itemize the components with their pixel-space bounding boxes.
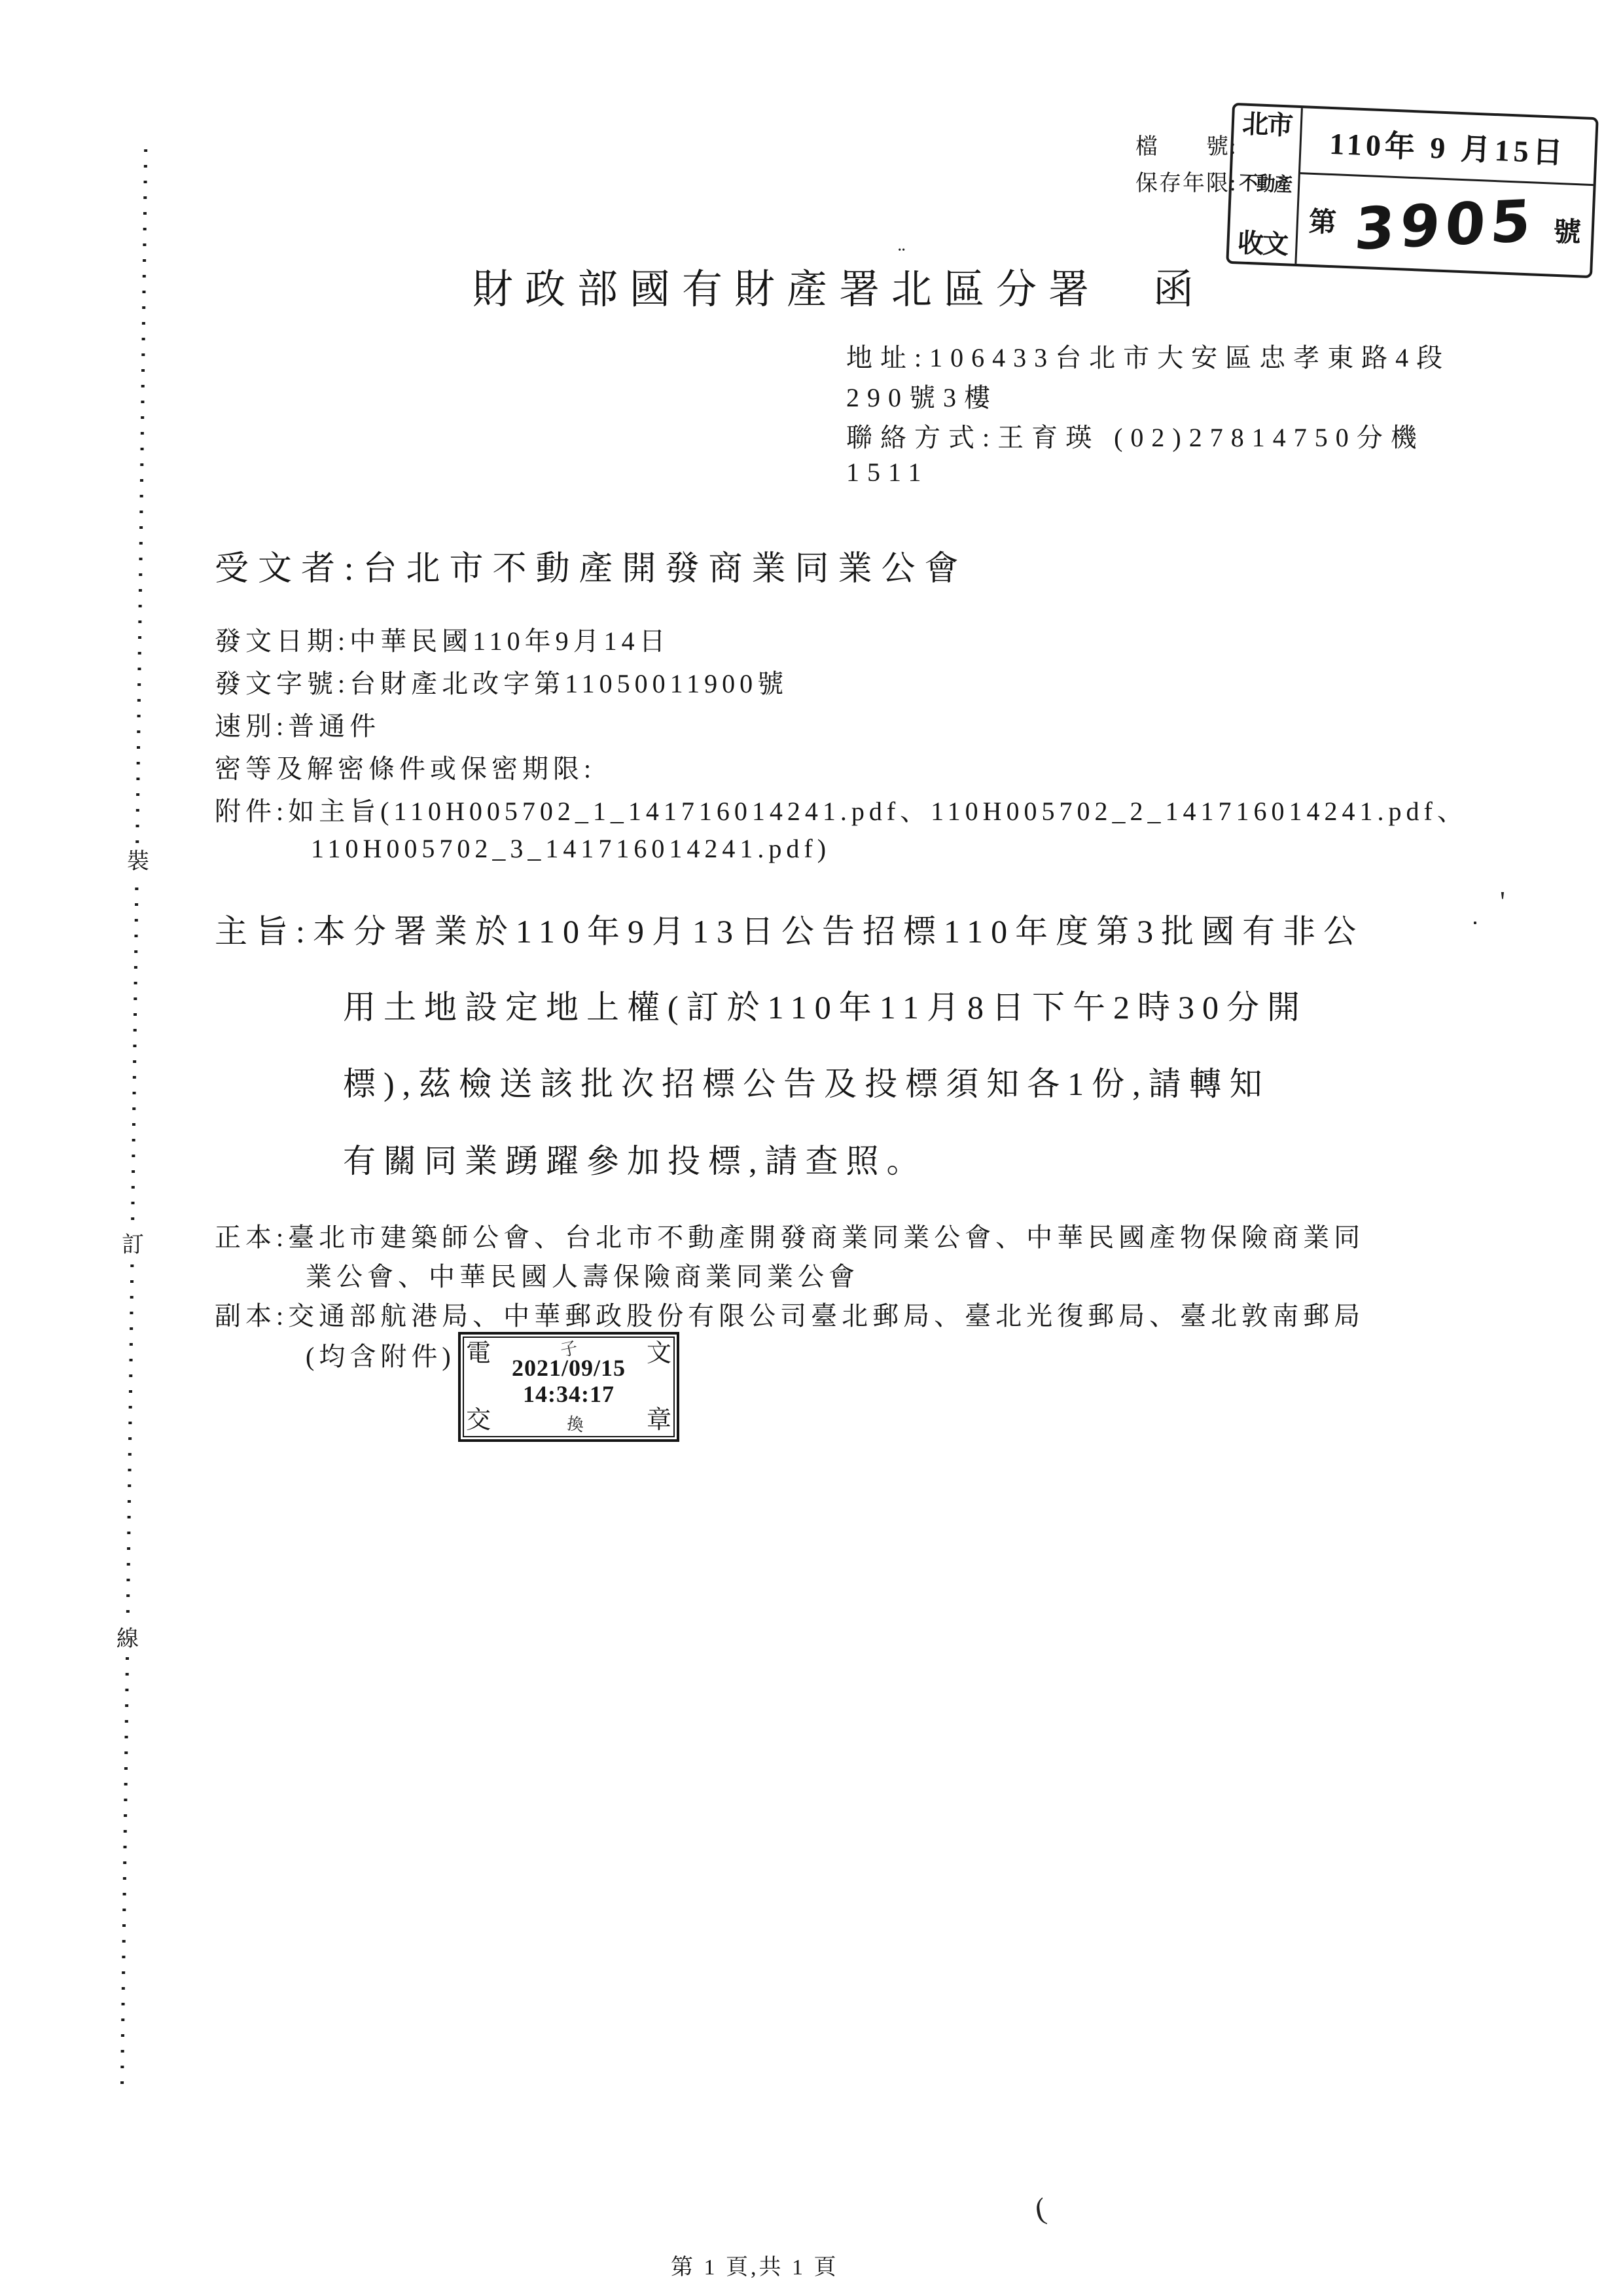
sender-contact-line-2: 1511: [846, 457, 929, 488]
subject-line-3: 標),茲檢送該批次招標公告及投標須知各1份,請轉知: [343, 1058, 1270, 1105]
page-number-footer: 第 1 頁,共 1 頁: [671, 2249, 839, 2281]
meta-attachment-line-2: 110H005702_3_141716014241.pdf): [311, 833, 830, 864]
binding-dotted-line: [120, 149, 147, 2096]
binding-char-ding: 訂: [120, 1229, 145, 1262]
receipt-stamp-no-suffix: 號: [1553, 209, 1582, 250]
receipt-stamp-no-prefix: 第: [1308, 200, 1337, 240]
sender-address-line-1: 地址:106433台北市大安區忠孝東路4段: [846, 337, 1450, 374]
cc-copy-line-1: 副本:交通部航港局、中華郵政股份有限公司臺北郵局、臺北光復郵局、臺北敦南郵局: [215, 1295, 1364, 1333]
document-title: 財政部國有財產署北區分署 函: [473, 257, 1205, 315]
electronic-exchange-stamp: 電 文 交 章 子 換 2021/09/15 14:34:17: [458, 1332, 679, 1442]
subject-line-2: 用土地設定地上權(訂於110年11月8日下午2時30分開: [343, 981, 1308, 1028]
subject-line-1: 主旨:本分署業於110年9月13日公告招標110年度第3批國有非公: [215, 905, 1364, 952]
exchange-stamp-char-bl: 交: [466, 1408, 491, 1433]
exchange-stamp-date: 2021/09/15: [461, 1354, 677, 1382]
meta-speed-class: 速別:普通件: [215, 706, 380, 743]
subject-line-4: 有關同業踴躍參加投標,請查照。: [343, 1135, 927, 1182]
receipt-stamp-org-mid: 不動產: [1238, 173, 1291, 195]
meta-doc-number: 發文字號:台財產北改字第11050011900號: [215, 663, 788, 700]
receipt-stamp-no-handwritten: 3905: [1353, 192, 1537, 258]
exchange-stamp-char-bottom-small: 換: [565, 1410, 586, 1436]
binding-char-zhuang: 裝: [126, 846, 151, 878]
cc-copy-line-2: (均含附件): [306, 1336, 455, 1373]
scan-speck-dots: ¨: [898, 243, 905, 268]
exchange-stamp-char-br: 章: [647, 1408, 671, 1433]
scan-speck-dot: [1474, 922, 1476, 924]
receipt-stamp-org-bottom: 收文: [1237, 230, 1288, 258]
meta-security-class: 密等及解密條件或保密期限:: [215, 748, 596, 785]
scan-speck-quote: ': [1500, 885, 1505, 918]
recipient-line: 受文者:台北市不動產開發商業同業公會: [215, 541, 967, 590]
meta-attachment-line-1: 附件:如主旨(110H005702_1_141716014241.pdf、110…: [215, 791, 1468, 828]
binding-char-xian: 線: [115, 1623, 140, 1656]
scanned-official-letter: 檔 號: 保存年限: 北市 不動產 收文 110年 9 月15日 第 3905 …: [0, 0, 1623, 2296]
exchange-stamp-time: 14:34:17: [461, 1380, 677, 1408]
receipt-stamp-org-top: 北市: [1242, 111, 1293, 139]
archive-file-no-label: 檔 號:: [1135, 128, 1237, 160]
receipt-stamp-org: 北市 不動產 收文: [1228, 105, 1302, 264]
sender-address-line-2: 290號3樓: [846, 377, 998, 414]
receipt-stamp: 北市 不動產 收文 110年 9 月15日 第 3905 號: [1226, 103, 1598, 278]
original-copy-line-2: 業公會、中華民國人壽保險商業同業公會: [306, 1256, 859, 1293]
sender-contact-line-1: 聯絡方式:王育瑛 (02)27814750分機: [846, 417, 1425, 454]
original-copy-line-1: 正本:臺北市建築師公會、台北市不動產開發商業同業公會、中華民國產物保險商業同: [215, 1217, 1364, 1254]
meta-issue-date: 發文日期:中華民國110年9月14日: [215, 620, 670, 658]
receipt-stamp-number-row: 第 3905 號: [1296, 174, 1593, 276]
archive-retention-label: 保存年限:: [1135, 165, 1237, 197]
scan-speck-paren: (: [1033, 2191, 1048, 2227]
receipt-stamp-date: 110年 9 月15日: [1300, 108, 1596, 186]
